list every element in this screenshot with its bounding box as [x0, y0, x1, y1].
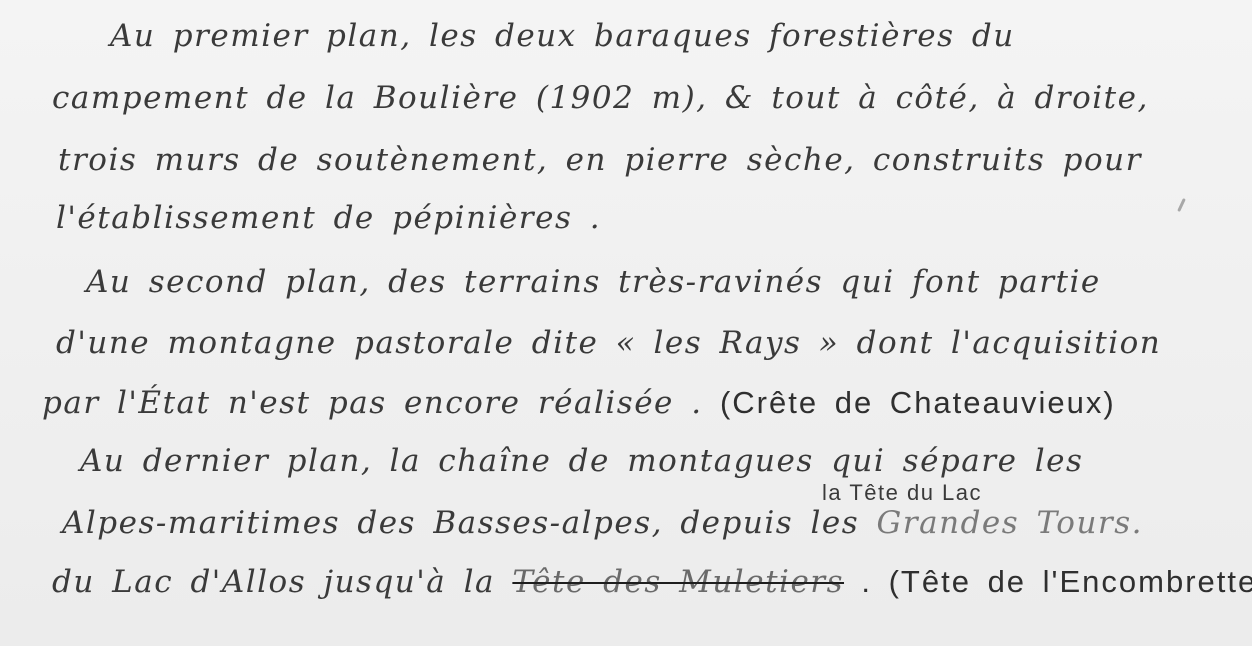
text-line-10-main: du Lac d'Allos jusqu'à la: [52, 564, 495, 600]
text-line-4: l'établissement de pépinières .: [56, 200, 601, 236]
handwritten-page: Au premier plan, les deux baraques fores…: [0, 0, 1252, 646]
struck-text-tete-des-muletiers: Tête des Muletiers: [512, 564, 844, 600]
text-line-2: campement de la Boulière (1902 m), & tou…: [52, 80, 1149, 116]
text-line-1: Au premier plan, les deux baraques fores…: [110, 18, 1015, 54]
text-line-9-main: Alpes-maritimes des Basses-alpes, depuis…: [62, 505, 859, 541]
text-line-5: Au second plan, des terrains très-raviné…: [86, 264, 1101, 300]
text-line-6: d'une montagne pastorale dite « les Rays…: [56, 325, 1161, 361]
text-line-8: Au dernier plan, la chaîne de montagues …: [80, 443, 1083, 479]
text-line-7-main: par l'État n'est pas encore réalisée .: [42, 385, 703, 421]
insertion-tete-du-lac: la Tête du Lac: [822, 480, 982, 506]
annotation-tete-encombrette: . (Tête de l'Encombrette): [861, 564, 1252, 599]
text-grandes-tours: Grandes Tours.: [877, 505, 1143, 541]
text-line-7: par l'État n'est pas encore réalisée . (…: [42, 385, 1116, 421]
text-line-3: trois murs de soutènement, en pierre sèc…: [58, 142, 1142, 178]
paper-mark: [1177, 198, 1186, 212]
annotation-crete-chateauvieux: (Crête de Chateauvieux): [720, 385, 1116, 420]
text-line-9: Alpes-maritimes des Basses-alpes, depuis…: [62, 505, 1143, 541]
text-line-10: du Lac d'Allos jusqu'à la Tête des Mulet…: [52, 564, 1252, 600]
